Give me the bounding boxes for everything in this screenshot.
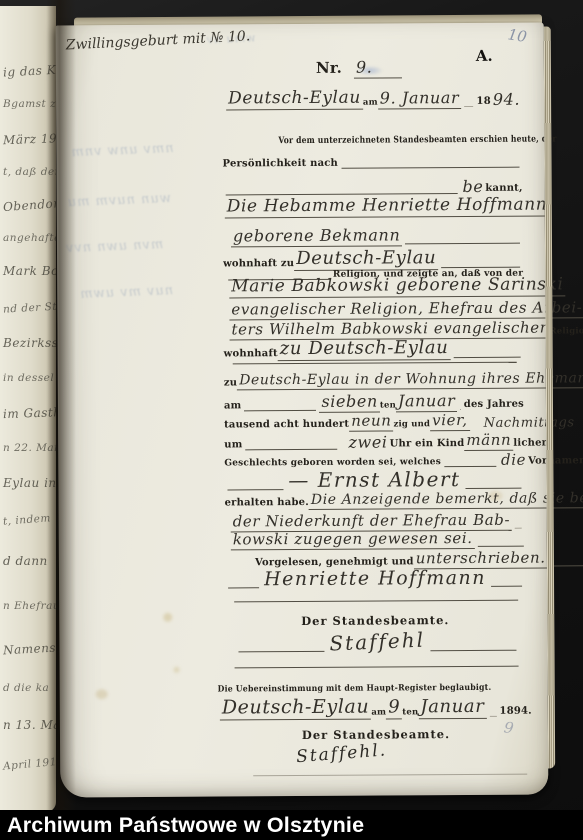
- faint-signature-rule: [250, 771, 530, 779]
- certification-date-line: Deutsch-Eylau am 9 ten Januar 1894.: [220, 695, 532, 721]
- year-printed: 18: [477, 96, 491, 109]
- remark-line-3: kowski zugegen gewesen sei.: [231, 529, 491, 551]
- blank-rule: [464, 103, 473, 107]
- date-line: Deutsch-Eylau am 9. Januar 18 94.: [226, 87, 522, 111]
- um-label: um: [224, 439, 242, 452]
- registrar-signature-line: Staffehl: [235, 629, 519, 655]
- blank-rule: [244, 407, 316, 411]
- be-handwritten: be: [460, 177, 485, 196]
- twin-birth-note: Zwillingsgeburt mit № 10.: [65, 28, 250, 53]
- day-handwritten: sieben: [319, 392, 380, 413]
- bleedthrough-ghost: nmv unw vnm: [70, 141, 174, 160]
- cert-am-label: am: [371, 707, 386, 719]
- remark-line-1: erhalten habe. Die Anzeigende bemerkt, d…: [225, 491, 525, 511]
- archive-banner-text: Archiwum Państwowe w Olsztynie: [0, 810, 364, 840]
- marginalia-fragment: d dann: [3, 554, 48, 568]
- cert-ten-label: ten: [402, 707, 418, 719]
- binding-gutter-shadow: [46, 0, 76, 820]
- cert-place: Deutsch-Eylau: [220, 696, 372, 721]
- registrar-label: Der Standesbeamte.: [301, 613, 449, 630]
- blank-rule: [489, 713, 496, 717]
- daytime-handwritten: Nachmittags: [482, 415, 577, 431]
- blank-rule: [235, 663, 519, 669]
- uhr-kind-label: Uhr ein Kind: [390, 438, 465, 451]
- blank-rule-line: [232, 659, 522, 671]
- blank-rule: [551, 562, 583, 566]
- registrar-signature: Staffehl: [327, 628, 427, 656]
- mother-name: Marie Babkowski geborene Sarinski: [229, 274, 565, 298]
- year-prefix-label: tausend acht hundert: [224, 419, 349, 433]
- child-name-line: — Ernst Albert: [224, 467, 524, 493]
- year-tens: neun: [349, 411, 393, 431]
- mother-religion-line: evangelischer Religion, Ehefrau des Arbe…: [229, 299, 523, 321]
- cert-month: Januar: [418, 696, 486, 719]
- document-page: wmu nv nmv unw vnm wun nuvm mu mvn uwn n…: [56, 23, 549, 798]
- place-handwritten: Deutsch-Eylau: [226, 88, 363, 111]
- bleedthrough-ghost: nuv mv uwm: [79, 283, 173, 302]
- declarant-maiden-name: geborene Bekmann: [231, 225, 403, 247]
- birthplace-value: Deutsch-Eylau in der Wohnung ihres Ehema…: [237, 370, 583, 390]
- blank-rule: [515, 525, 522, 529]
- year-ones: vier,: [430, 411, 470, 431]
- paper-stain: [174, 667, 180, 673]
- blank-rule: [227, 486, 283, 490]
- blank-rule: [234, 597, 518, 603]
- birthhour-line: um zwei Uhr ein Kind männ lichen: [224, 431, 524, 453]
- remark-handwritten-3: kowski zugegen gewesen sei.: [231, 529, 475, 550]
- blank-rule: [466, 485, 522, 489]
- erhalten-label: erhalten habe.: [225, 497, 309, 511]
- date-handwritten: 9. Januar: [378, 88, 462, 110]
- vornamen-label: Vornamen: [528, 455, 583, 468]
- blank-rule: [405, 240, 520, 245]
- mother-religion: evangelischer Religion, Ehefrau des Arbe…: [229, 298, 583, 320]
- declarant-line: Die Hebamme Henriette Hoffmann: [225, 195, 523, 219]
- birthplace-line: zu Deutsch-Eylau in der Wohnung ihres Eh…: [224, 371, 526, 391]
- intro-line: Vor dem unterzeichneten Standesbeamten e…: [278, 135, 524, 149]
- registrar2-signature: Staffehl.: [295, 740, 387, 767]
- am-label: am: [363, 98, 378, 110]
- blank-rule: [491, 583, 522, 587]
- registrar-title-line: Der Standesbeamte.: [225, 613, 525, 631]
- nr-value: 9.: [354, 57, 402, 78]
- blank-rule-line: [231, 593, 521, 605]
- religion-label: Religion,: [549, 326, 583, 338]
- zig-und-label: zig und: [393, 419, 430, 431]
- birthyear-line: tausend acht hundert neun zig und vier, …: [224, 411, 528, 433]
- child-name: — Ernst Albert: [286, 467, 462, 492]
- marginalia-fragment: t, indem: [3, 512, 52, 527]
- month-handwritten: Januar: [396, 391, 457, 412]
- bleedthrough-ghost: wun nuvm mu: [66, 191, 171, 210]
- blank-rule-line: [230, 355, 520, 367]
- paper-stain: [163, 613, 172, 622]
- lichen-label: lichen: [513, 437, 549, 450]
- blank-rule: [228, 584, 259, 588]
- corner-letter: A.: [476, 47, 493, 65]
- blank-rule: [253, 771, 527, 777]
- record-number-line: Nr. 9.: [316, 57, 426, 79]
- declarant-name: Die Hebamme Henriette Hoffmann: [225, 194, 550, 218]
- nr-label: Nr.: [316, 59, 342, 79]
- cert-year: 1894.: [499, 706, 531, 719]
- cert-day: 9: [386, 696, 402, 719]
- remark-handwritten-1: Die Anzeigende bemerkt, daß sie bei: [309, 490, 583, 510]
- blank-rule: [245, 446, 337, 451]
- blank-rule: [430, 647, 516, 652]
- year-handwritten: 94.: [491, 90, 522, 109]
- declarant-signature-line: Henriette Hoffmann: [225, 567, 525, 591]
- blank-rule: [238, 648, 324, 653]
- intro-printed: Vor dem unterzeichneten Standesbeamten e…: [278, 134, 556, 148]
- mother-line: Marie Babkowski geborene Sarinski: [229, 275, 523, 299]
- gender-handwritten: männ: [464, 431, 513, 451]
- declarant-born-line: geborene Bekmann: [231, 225, 523, 248]
- blank-rule: [341, 164, 520, 169]
- identity-label: Persönlichkeit nach: [222, 158, 338, 172]
- archive-photo: ig das Ki Bgamst zu März 1918 t, daß der…: [0, 0, 583, 840]
- corner-number-pencil: 10: [506, 25, 528, 46]
- marginalia-fragment: d die ka: [3, 682, 49, 694]
- blank-rule: [478, 543, 524, 547]
- zu-label: zu: [224, 377, 237, 390]
- blank-rule: [233, 359, 517, 365]
- bleedthrough-ghost: mvn uwn nvv: [65, 237, 164, 256]
- identity-line: Persönlichkeit nach: [222, 157, 522, 172]
- paper-stain: [96, 689, 108, 699]
- archive-banner: Archiwum Państwowe w Olsztynie: [0, 810, 583, 840]
- hour-handwritten: zwei: [346, 432, 389, 451]
- declarant-signature: Henriette Hoffmann: [262, 567, 488, 590]
